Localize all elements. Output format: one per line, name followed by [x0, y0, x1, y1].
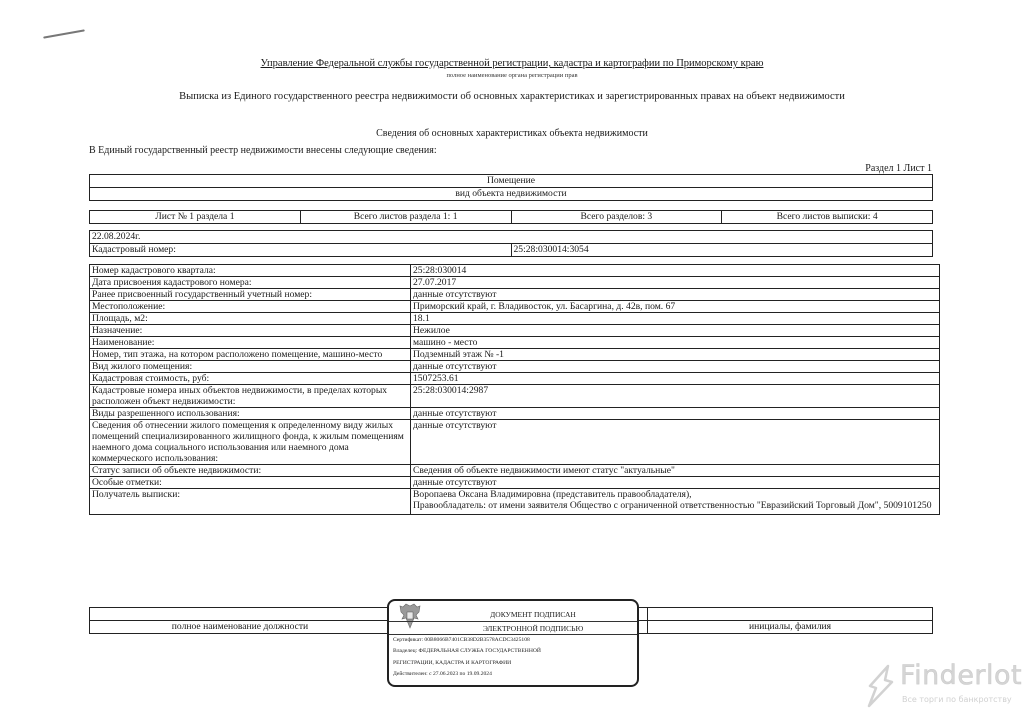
- stamp-certificate: Сертификат: 00B8066B7401CB38D2B3578ACDC3…: [393, 637, 530, 643]
- row-label: Виды разрешенного использования:: [90, 408, 411, 420]
- extract-date: 22.08.2024г.: [90, 231, 933, 244]
- registration-authority: Управление Федеральной службы государств…: [0, 58, 1024, 69]
- row-label: Номер, тип этажа, на котором расположено…: [90, 349, 411, 361]
- table-row: Местоположение:Приморский край, г. Влади…: [90, 301, 940, 313]
- row-label: Площадь, м2:: [90, 313, 411, 325]
- stamp-subtitle: ЭЛЕКТРОННОЙ ПОДПИСЬЮ: [429, 624, 637, 633]
- pen-mark: [43, 29, 85, 38]
- electronic-signature-stamp: ДОКУМЕНТ ПОДПИСАН ЭЛЕКТРОННОЙ ПОДПИСЬЮ С…: [387, 599, 639, 687]
- row-value: 25:28:030014:2987: [411, 385, 940, 408]
- stamp-title: ДОКУМЕНТ ПОДПИСАН: [429, 610, 637, 619]
- authority-caption: полное наименование органа регистрации п…: [0, 72, 1024, 79]
- watermark-brand: Finderlot: [900, 660, 1022, 691]
- stamp-divider: [389, 621, 637, 622]
- sheet-number: Лист № 1 раздела 1: [90, 211, 301, 224]
- row-value: данные отсутствуют: [411, 289, 940, 301]
- row-value: данные отсутствуют: [411, 477, 940, 489]
- cadastral-number-label: Кадастровый номер:: [90, 244, 512, 257]
- table-row: Получатель выписки:Воропаева Оксана Влад…: [90, 489, 940, 515]
- row-label: Особые отметки:: [90, 477, 411, 489]
- table-row: Статус записи об объекте недвижимости:Св…: [90, 465, 940, 477]
- row-value: 18.1: [411, 313, 940, 325]
- total-sections: Всего разделов: 3: [511, 211, 722, 224]
- name-caption: инициалы, фамилия: [648, 621, 933, 634]
- section-reference: Раздел 1 Лист 1: [865, 163, 932, 174]
- table-row: Дата присвоения кадастрового номера:27.0…: [90, 277, 940, 289]
- table-row: Кадастровая стоимость, руб:1507253.61: [90, 373, 940, 385]
- table-row: Наименование:машино - место: [90, 337, 940, 349]
- row-label: Получатель выписки:: [90, 489, 411, 515]
- table-row: Номер, тип этажа, на котором расположено…: [90, 349, 940, 361]
- row-value: Приморский край, г. Владивосток, ул. Бас…: [411, 301, 940, 313]
- watermark-tagline: Все торги по банкротству: [902, 695, 1012, 704]
- intro-text: В Единый государственный реестр недвижим…: [89, 145, 437, 156]
- row-value: Воропаева Оксана Владимировна (представи…: [411, 489, 940, 515]
- sheets-in-section: Всего листов раздела 1: 1: [300, 211, 511, 224]
- row-label: Дата присвоения кадастрового номера:: [90, 277, 411, 289]
- row-value: данные отсутствуют: [411, 361, 940, 373]
- finderlot-logo-icon: [866, 664, 896, 708]
- row-value: 1507253.61: [411, 373, 940, 385]
- position-field: [90, 608, 391, 621]
- position-caption: полное наименование должности: [90, 621, 391, 634]
- row-label: Сведения об отнесении жилого помещения к…: [90, 420, 411, 465]
- characteristics-table: Номер кадастрового квартала:25:28:030014…: [89, 264, 940, 515]
- row-value: Подземный этаж № -1: [411, 349, 940, 361]
- row-value: Нежилое: [411, 325, 940, 337]
- row-label: Наименование:: [90, 337, 411, 349]
- table-row: Номер кадастрового квартала:25:28:030014: [90, 265, 940, 277]
- object-kind-value: Помещение: [90, 175, 933, 188]
- row-label: Кадастровые номера иных объектов недвижи…: [90, 385, 411, 408]
- name-field: [648, 608, 933, 621]
- object-kind-caption: вид объекта недвижимости: [90, 188, 933, 201]
- table-row: Виды разрешенного использования:данные о…: [90, 408, 940, 420]
- row-value: машино - место: [411, 337, 940, 349]
- row-value: 27.07.2017: [411, 277, 940, 289]
- row-value: 25:28:030014: [411, 265, 940, 277]
- row-value-line: Правообладатель: от имени заявителя Обще…: [413, 500, 937, 511]
- row-label: Ранее присвоенный государственный учетны…: [90, 289, 411, 301]
- stamp-validity: Действителен: с 27.06.2023 по 19.09.2024: [393, 671, 492, 677]
- stamp-divider: [389, 634, 637, 635]
- row-label: Статус записи об объекте недвижимости:: [90, 465, 411, 477]
- coat-of-arms-icon: [399, 603, 421, 629]
- row-label: Номер кадастрового квартала:: [90, 265, 411, 277]
- watermark: Finderlot Все торги по банкротству: [866, 658, 1016, 714]
- sheets-table: Лист № 1 раздела 1 Всего листов раздела …: [89, 210, 933, 224]
- table-row: Ранее присвоенный государственный учетны…: [90, 289, 940, 301]
- object-kind-table: Помещение вид объекта недвижимости: [89, 174, 933, 201]
- row-label: Назначение:: [90, 325, 411, 337]
- row-label: Кадастровая стоимость, руб:: [90, 373, 411, 385]
- section-title: Сведения об основных характеристиках объ…: [0, 128, 1024, 139]
- row-label: Местоположение:: [90, 301, 411, 313]
- table-row: Сведения об отнесении жилого помещения к…: [90, 420, 940, 465]
- table-row: Вид жилого помещения:данные отсутствуют: [90, 361, 940, 373]
- row-value: данные отсутствуют: [411, 420, 940, 465]
- document-title: Выписка из Единого государственного реес…: [0, 91, 1024, 102]
- row-value-line: Воропаева Оксана Владимировна (представи…: [413, 489, 937, 500]
- table-row: Кадастровые номера иных объектов недвижи…: [90, 385, 940, 408]
- row-value: данные отсутствуют: [411, 408, 940, 420]
- header-table: 22.08.2024г. Кадастровый номер: 25:28:03…: [89, 230, 933, 257]
- row-value: Сведения об объекте недвижимости имеют с…: [411, 465, 940, 477]
- stamp-owner-cont: РЕГИСТРАЦИИ, КАДАСТРА И КАРТОГРАФИИ: [393, 660, 511, 666]
- table-row: Площадь, м2:18.1: [90, 313, 940, 325]
- row-label: Вид жилого помещения:: [90, 361, 411, 373]
- cadastral-number-value: 25:28:030014:3054: [511, 244, 933, 257]
- table-row: Назначение:Нежилое: [90, 325, 940, 337]
- stamp-owner: Владелец: ФЕДЕРАЛЬНАЯ СЛУЖБА ГОСУДАРСТВЕ…: [393, 648, 541, 654]
- table-row: Особые отметки:данные отсутствуют: [90, 477, 940, 489]
- total-sheets: Всего листов выписки: 4: [722, 211, 933, 224]
